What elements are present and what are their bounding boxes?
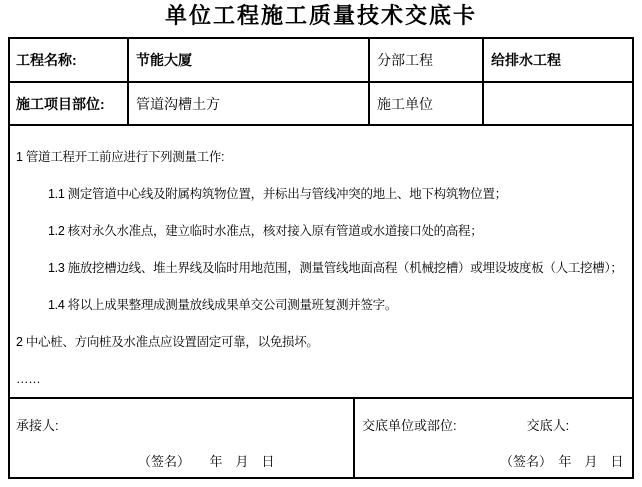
body-line-1-4: 1.4 将以上成果整理成测量放线成果单交公司测量班复测并签字。 [16, 287, 630, 324]
undertaker-signature-date-line: （签名） 年 月 日 [138, 454, 275, 469]
signature-row: 承接人: （签名） 年 月 日 交底单位或部位:交底人: （签名） 年 月 日 [10, 397, 632, 477]
body-line-1-1: 1.1 测定管道中心线及附属构筑物位置，并标出与管线冲突的地上、地下构筑物位置； [16, 176, 630, 213]
undertaker-label: 承接人: [16, 418, 59, 433]
discloser-signature-date-line: （签名） 年 月 日 [500, 454, 624, 469]
header-row-project: 工程名称: 节能大厦 分部工程 给排水工程 [10, 39, 632, 81]
body-line-2: 2 中心桩、方向桩及水准点应设置固定可靠，以免损坏。 [16, 324, 630, 361]
page-title: 单位工程施工质量技术交底卡 [0, 1, 642, 31]
disclosure-card-table: 工程名称: 节能大厦 分部工程 给排水工程 施工项目部位: 管道沟槽土方 施工单… [8, 37, 634, 479]
subdivision-work-label: 分部工程 [368, 39, 482, 81]
body-line-1-2: 1.2 核对永久水准点，建立临时水准点，核对接入原有管道或水道接口处的高程； [16, 213, 630, 250]
header-row-part: 施工项目部位: 管道沟槽土方 施工单位 [10, 81, 632, 124]
discloser-label: 交底人: [527, 418, 570, 433]
body-line-1-3: 1.3 施放挖槽边线、堆土界线及临时用地范围，测量管线地面高程（机械挖槽）或埋设… [16, 250, 630, 287]
construction-unit-value [482, 83, 632, 124]
construction-part-value: 管道沟槽土方 [127, 83, 368, 124]
construction-part-label: 施工项目部位: [10, 83, 127, 124]
undertaker-cell: 承接人: （签名） 年 月 日 [10, 399, 353, 477]
disclosure-unit-label: 交底单位或部位: [362, 418, 457, 433]
body-line-ellipsis: …… [16, 361, 630, 397]
project-name-value: 节能大厦 [127, 39, 368, 81]
subdivision-work-value: 给排水工程 [482, 39, 632, 81]
disclosure-content: 1 管道工程开工前应进行下列测量工作: 1.1 测定管道中心线及附属构筑物位置，… [10, 124, 632, 397]
technical-disclosure-card-page: 单位工程施工质量技术交底卡 工程名称: 节能大厦 分部工程 给排水工程 施工项目… [0, 0, 642, 487]
discloser-cell: 交底单位或部位:交底人: （签名） 年 月 日 [353, 399, 632, 477]
body-line-1: 1 管道工程开工前应进行下列测量工作: [16, 139, 630, 176]
project-name-label: 工程名称: [10, 39, 127, 81]
construction-unit-label: 施工单位 [368, 83, 482, 124]
